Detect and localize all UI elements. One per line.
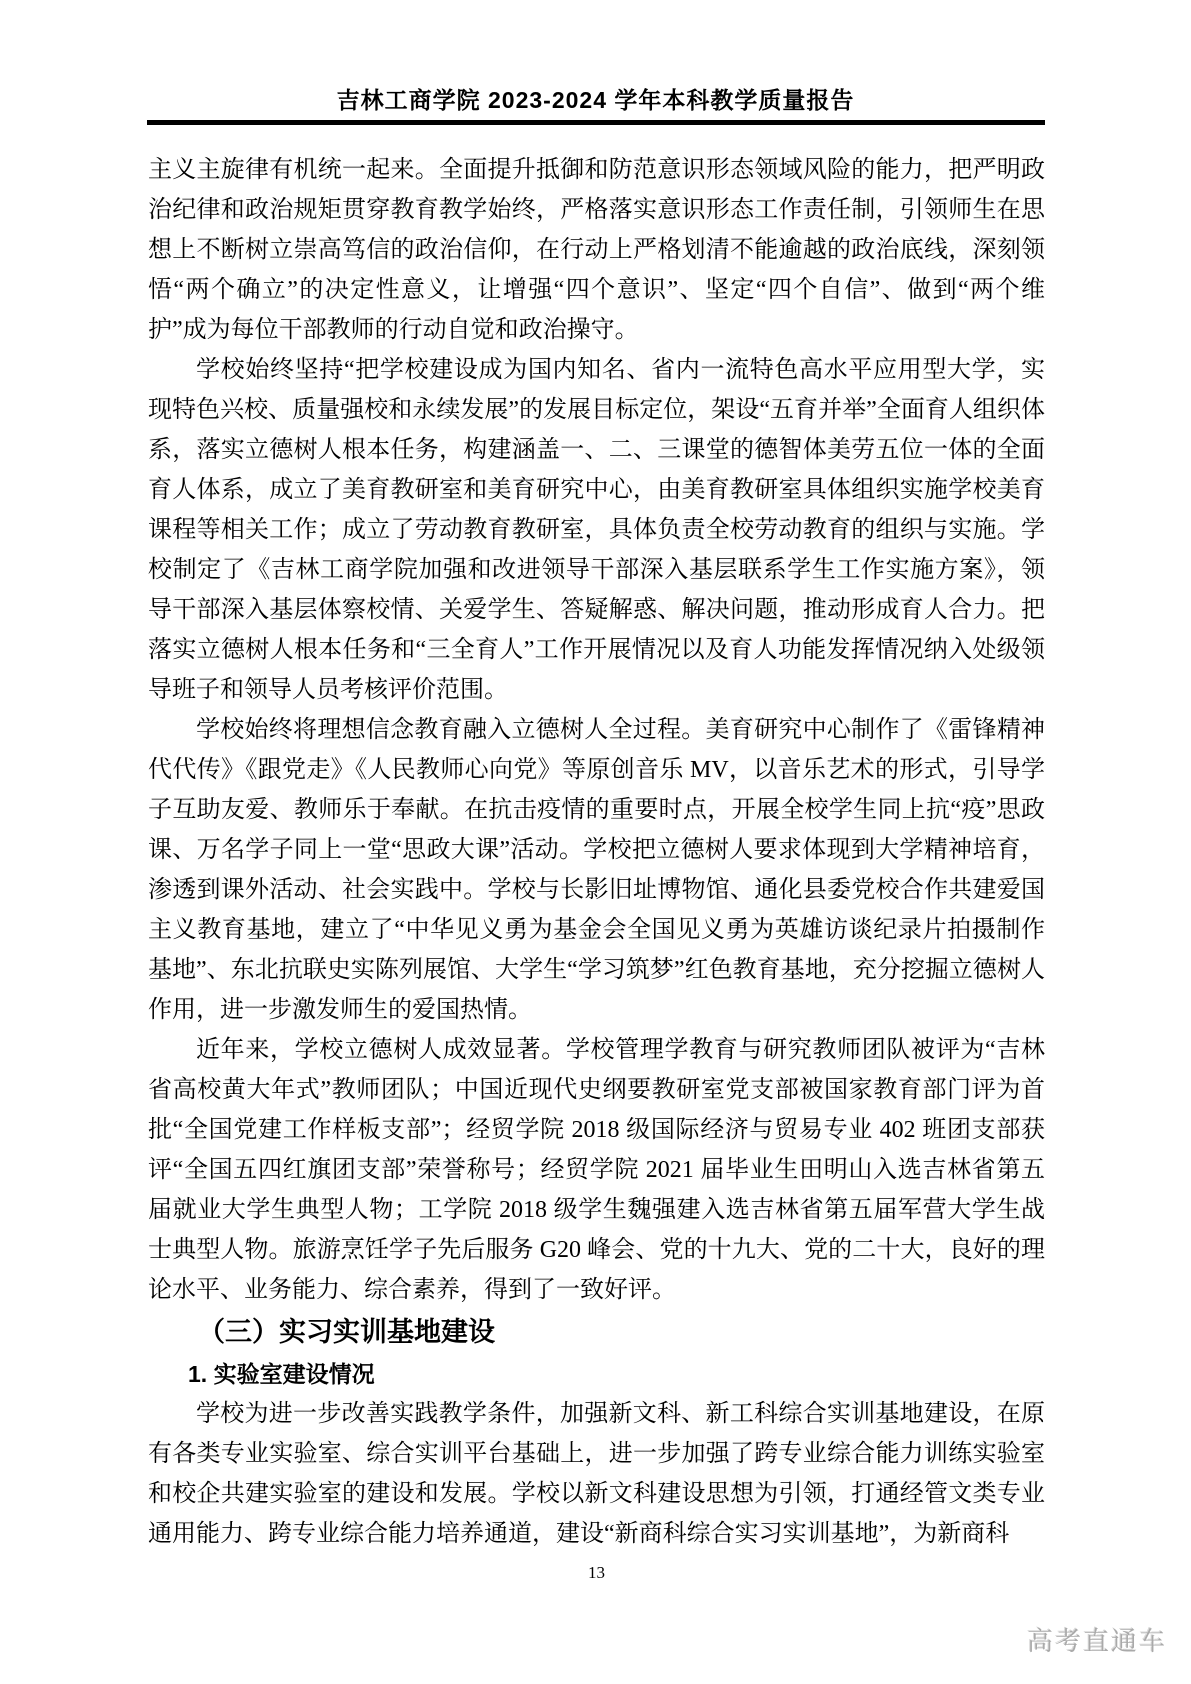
document-body: 主义主旋律有机统一起来。全面提升抵御和防范意识形态领域风险的能力，把严明政治纪律… <box>148 150 1045 1554</box>
section-heading: （三）实习实训基地建设 <box>148 1310 1045 1354</box>
paragraph: 学校为进一步改善实践教学条件，加强新文科、新工科综合实训基地建设，在原有各类专业… <box>148 1394 1045 1554</box>
paragraph: 学校始终坚持“把学校建设成为国内知名、省内一流特色高水平应用型大学，实现特色兴校… <box>148 350 1045 710</box>
page-header-title: 吉林工商学院 2023-2024 学年本科教学质量报告 <box>0 84 1191 116</box>
subsection-heading: 1. 实验室建设情况 <box>148 1354 1045 1394</box>
watermark-text: 高考直通车 <box>1027 1624 1167 1658</box>
header-rule <box>147 120 1045 125</box>
page-number: 13 <box>148 1560 1045 1586</box>
paragraph: 近年来，学校立德树人成效显著。学校管理学教育与研究教师团队被评为“吉林省高校黄大… <box>148 1030 1045 1310</box>
document-page: 吉林工商学院 2023-2024 学年本科教学质量报告 主义主旋律有机统一起来。… <box>0 0 1191 1684</box>
paragraph: 学校始终将理想信念教育融入立德树人全过程。美育研究中心制作了《雷锋精神代代传》《… <box>148 710 1045 1030</box>
paragraph-continuation: 主义主旋律有机统一起来。全面提升抵御和防范意识形态领域风险的能力，把严明政治纪律… <box>148 150 1045 350</box>
